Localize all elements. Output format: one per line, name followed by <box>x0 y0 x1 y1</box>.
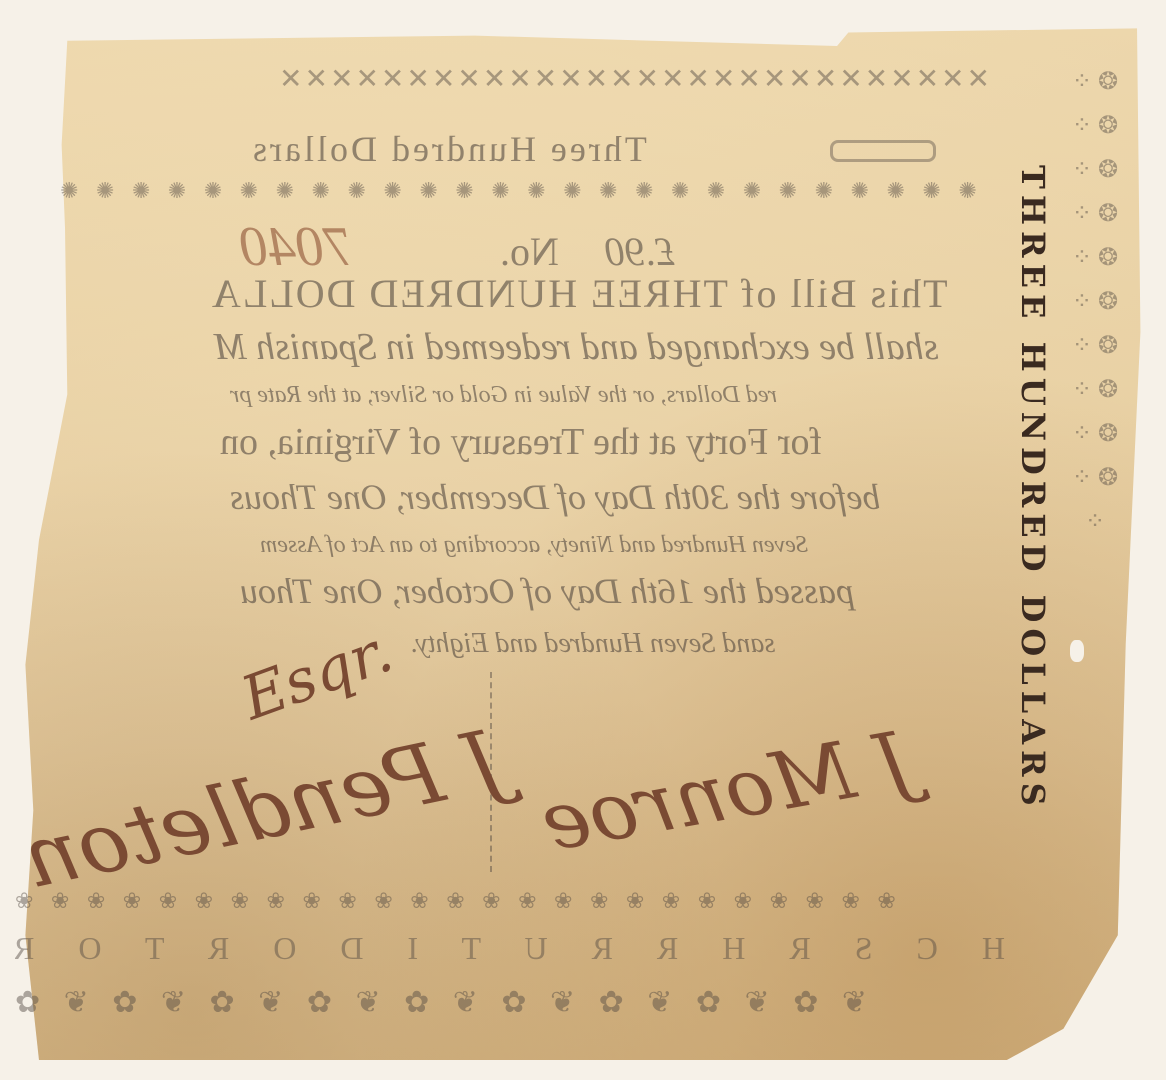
body-line-5: before the 30th Day of December, One Tho… <box>230 476 881 518</box>
vertical-title: THREE HUNDRED DOLLARS <box>1002 165 1052 1005</box>
bottom-ornament-row-1: ❀ ❀ ❀ ❀ ❀ ❀ ❀ ❀ ❀ ❀ ❀ ❀ ❀ ❀ ❀ ❀ ❀ ❀ ❀ ❀ … <box>15 888 1005 914</box>
torn-hole <box>48 166 58 180</box>
header-text: Three Hundred Dollars <box>250 128 647 170</box>
body-line-3: red Dollars, or the Value in Gold or Sil… <box>230 382 777 409</box>
body-line-2: shall be exchanged and redeemed in Spani… <box>215 325 939 369</box>
body-line-1: This Bill of THREE HUNDRED DOLLA <box>210 270 948 317</box>
bottom-ornament-row-2: ✿ ❦ ✿ ❦ ✿ ❦ ✿ ❦ ✿ ❦ ✿ ❦ ✿ ❦ ✿ ❦ ✿ ❦ <box>15 985 1005 1020</box>
body-line-4: for Forty at the Treasury of Virginia, o… <box>220 420 822 464</box>
number-label: No. <box>500 228 559 275</box>
medallion-row: ✺ ✺ ✺ ✺ ✺ ✺ ✺ ✺ ✺ ✺ ✺ ✺ ✺ ✺ ✺ ✺ ✺ ✺ ✺ ✺ … <box>60 178 990 204</box>
body-line-6: Seven Hundred and Ninety, according to a… <box>260 532 808 559</box>
body-line-7: passed the 16th Day of October, One Thou <box>240 570 854 612</box>
torn-hole <box>1070 640 1084 662</box>
header-cartouche <box>830 140 936 162</box>
denomination-mark: £.90 <box>605 228 675 275</box>
bottom-letters: H C S R H R R U T I D O R T O R K A <box>15 930 1005 967</box>
header-ornament: ✕✕✕✕✕✕✕✕✕✕✕✕✕✕✕✕✕✕✕✕✕✕✕✕✕✕✕✕ <box>60 62 990 96</box>
right-border-pattern: ⁘ ❂ ⁘ ❂ ⁘ ❂ ⁘ ❂ ⁘ ❂ ⁘ ❂ ⁘ ❂ ⁘ ❂ ⁘ ❂ ⁘ ❂ … <box>1060 60 1130 1020</box>
body-line-8: sand Seven Hundred and Eighty. <box>410 628 775 660</box>
